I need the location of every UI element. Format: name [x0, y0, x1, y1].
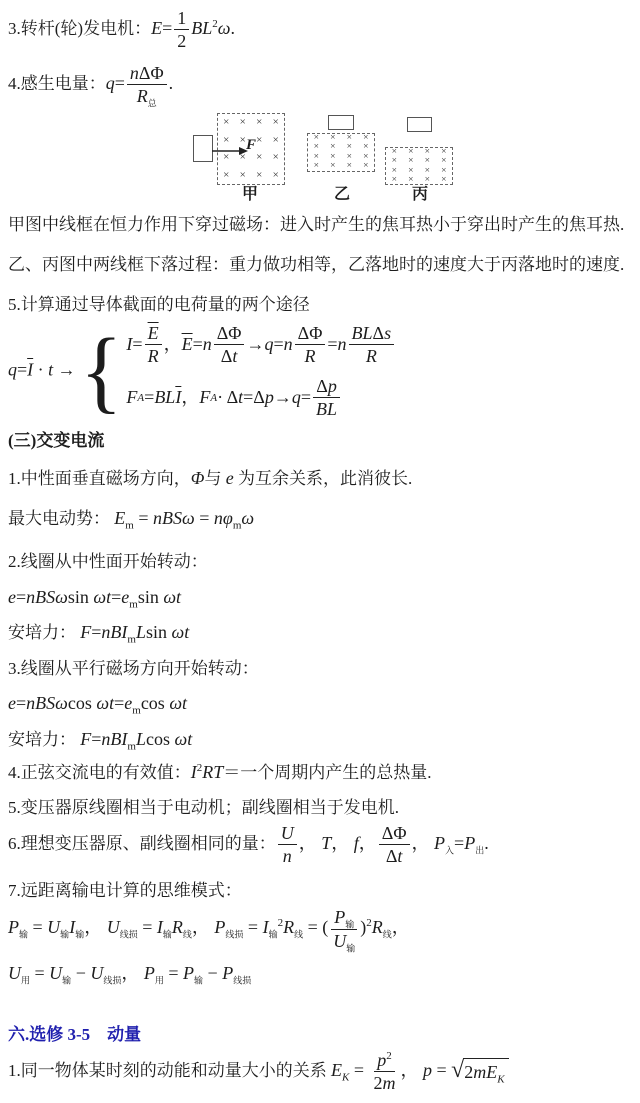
text-jia-description: 甲图中线框在恒力作用下穿过磁场：进入时产生的焦耳热小于穿出时产生的焦耳热.	[8, 213, 632, 236]
bing-field-region: ××××××××××××××××	[385, 147, 453, 185]
formula-max-emf: 最大电动势： Em = nBSω = nφmω	[8, 507, 632, 530]
formula-rotating-rod-generator: 3.转杆(轮)发电机：E=12BL2ω.	[8, 8, 632, 51]
magnetic-field-diagrams: F ×××××××××××××××× ×××××××××××××××× ××××…	[8, 109, 632, 201]
heading-ac-current: (三)交变电流	[8, 429, 632, 452]
formula-ampere-force-sin: 安培力： F=nBImLsin ωt	[8, 621, 632, 644]
bing-coil-rect	[407, 117, 432, 132]
text-coil-from-neutral-plane: 2.线圈从中性面开始转动：	[8, 550, 632, 573]
formula-emf-cos: e=nBSωcos ωt=emcos ωt	[8, 692, 632, 715]
formula-ampere-force-cos: 安培力： F=nBImLcos ωt	[8, 728, 632, 751]
formula-charge-two-methods: q=I · t → {I=ER， E=nΔΦΔt → q=nΔΦR=nBLΔsR…	[8, 323, 632, 420]
text-coil-from-parallel: 3.线圈从平行磁场方向开始转动：	[8, 657, 632, 680]
formula-emf-sin: e=nBSωsin ωt=emsin ωt	[8, 586, 632, 609]
yi-label: 乙	[334, 181, 350, 204]
jia-field-region: ××××××××××××××××	[217, 113, 285, 185]
formula-induced-charge: 4.感生电量：q=nΔΦR总.	[8, 63, 632, 106]
bing-label: 丙	[412, 181, 428, 204]
text-transformer-analogy: 5.变压器原线圈相当于电动机；副线圈相当于发电机.	[8, 796, 632, 819]
jia-label: 甲	[242, 181, 258, 204]
heading-momentum-chapter: 六.选修 3-5 动量	[8, 1023, 632, 1046]
yi-coil-rect	[328, 115, 354, 130]
jia-coil-rect	[193, 135, 213, 162]
text-rms-value: 4.正弦交流电的有效值：I2RT＝一个周期内产生的总热量.	[8, 761, 632, 784]
formula-transmission-voltage: U用 = U输 − U线损， P用 = P输 − P线损	[8, 962, 632, 985]
text-yi-bing-description: 乙、丙图中两线框下落过程：重力做功相等，乙落地时的速度大于丙落地时的速度.	[8, 253, 632, 276]
text-neutral-plane: 1.中性面垂直磁场方向，Φ与 e 为互余关系，此消彼长.	[8, 467, 632, 490]
text-transmission-heading: 7.远距离输电计算的思维模式：	[8, 879, 632, 902]
yi-field-region: ××××××××××××××××	[307, 133, 375, 172]
text-charge-methods-heading: 5.计算通过导体截面的电荷量的两个途径	[8, 293, 632, 316]
physics-notes-page: 3.转杆(轮)发电机：E=12BL2ω. 4.感生电量：q=nΔΦR总. F ×…	[0, 0, 640, 1103]
formula-transformer-same-quantities: 6.理想变压器原、副线圈相同的量：Un， T， f，ΔΦΔt， P入=P出.	[8, 823, 632, 866]
formula-kinetic-momentum: 1.同一物体某时刻的动能和动量大小的关系 EK = p22m， p = √2mE…	[8, 1050, 632, 1093]
formula-transmission-power: P输 = U输I输， U线损 = I输R线， P线损 = I输2R线 = (P输…	[8, 907, 632, 950]
